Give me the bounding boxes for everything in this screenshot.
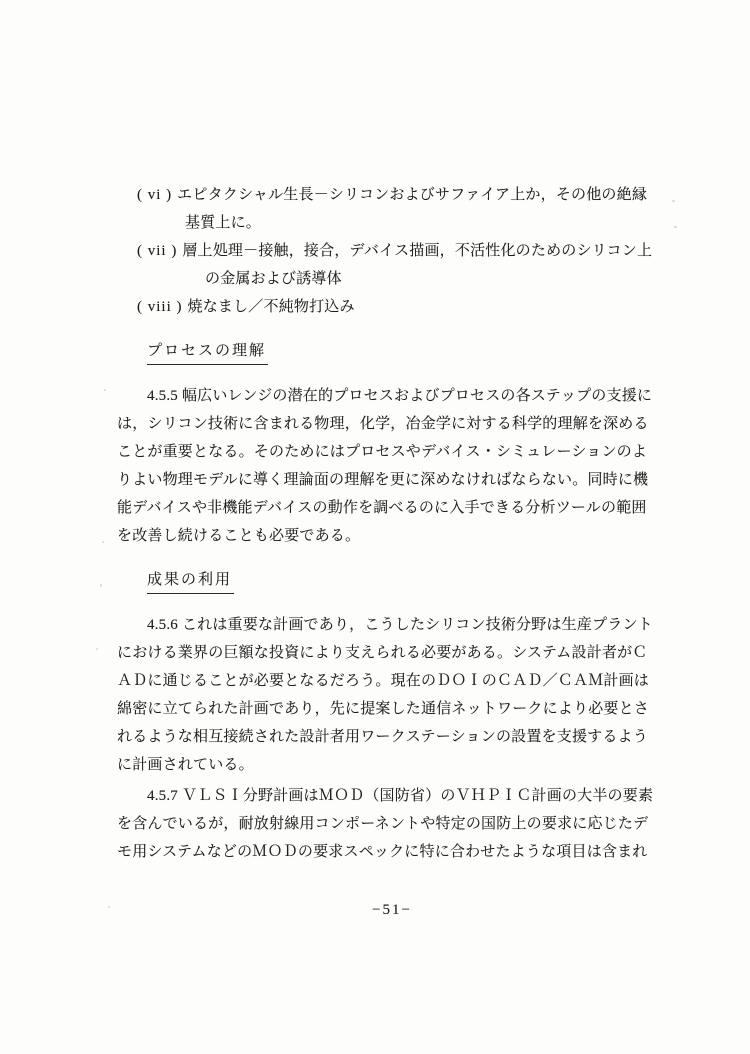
text-line: ( vii )層上処理－接触，接合，デバイス描画，不活性化のためのシリコン上 [117, 237, 677, 265]
heading-text: 成果の利用 [147, 568, 234, 594]
page-number: −51− [0, 896, 750, 924]
text-line: りよい物理モデルに導く理論面の理解を更に深めなければならない。同時に機 [117, 466, 677, 494]
list-text: エピタクシャル生長－シリコンおよびサファイア上か，その他の絶縁 [177, 187, 647, 203]
text-line: を含んでいるが，耐放射線用コンポーネントや特定の国防上の要求に応じたデ [117, 810, 677, 838]
document-page: ( vi )エピタクシャル生長－シリコンおよびサファイア上か，その他の絶縁基質上… [0, 0, 750, 1054]
scan-noise-speck [104, 389, 106, 391]
section-heading: 成果の利用 [117, 566, 677, 594]
scan-noise-speck [100, 584, 102, 587]
text-line: 綿密に立てられた計画であり，先に提案した通信ネットワークにより必要とさ [117, 695, 677, 723]
list-text: 焼なまし／不純物打込み [188, 299, 355, 315]
scan-noise-speck [96, 648, 98, 650]
text-line: は，シリコン技術に含まれる物理，化学，冶金学に対する科学的理解を深める [117, 410, 677, 438]
scan-noise-speck [108, 906, 110, 908]
text-line: ＡＤに通じることが必要となるだろう。現在のＤＯＩのＣＡＤ／ＣＡＭ計画は [117, 667, 677, 695]
text-line: 4.5.7 ＶＬＳＩ分野計画はＭＯＤ（国防省）のＶＨＰＩＣ計画の大半の要素 [117, 782, 677, 810]
list-marker: ( vi ) [137, 187, 172, 203]
text-line: れるような相互接続された設計者用ワークステーションの設置を支援するよう [117, 723, 677, 751]
text-line: 4.5.6 これは重要な計画であり，こうしたシリコン技術分野は生産プラント [117, 611, 677, 639]
text-line: ( vi )エピタクシャル生長－シリコンおよびサファイア上か，その他の絶縁 [117, 181, 677, 209]
paragraph: 4.5.6 これは重要な計画であり，こうしたシリコン技術分野は生産プラントにおけ… [117, 611, 677, 779]
text-line: ことが重要となる。そのためにはプロセスやデバイス・シミュレーションのよ [117, 438, 677, 466]
text-line: モ用システムなどのＭＯＤの要求スペックに特に合わせたような項目は含まれ [117, 838, 677, 866]
text-line: の金属および誘導体 [117, 265, 677, 293]
paragraph: 4.5.5 幅広いレンジの潜在的プロセスおよびプロセスの各ステップの支援には，シ… [117, 382, 677, 550]
scan-noise-speck [672, 200, 675, 202]
scan-noise-speck [642, 418, 644, 420]
text-line: を改善し続けることも必要である。 [117, 522, 677, 550]
list-item: ( vii )層上処理－接触，接合，デバイス描画，不活性化のためのシリコン上の金… [117, 237, 677, 293]
text-line: における業界の巨額な投資により支えられる必要がある。システム設計者がＣ [117, 639, 677, 667]
text-line: に計画されている。 [117, 751, 677, 779]
text-line: 4.5.5 幅広いレンジの潜在的プロセスおよびプロセスの各ステップの支援に [117, 382, 677, 410]
paragraph: 4.5.7 ＶＬＳＩ分野計画はＭＯＤ（国防省）のＶＨＰＩＣ計画の大半の要素を含ん… [117, 782, 677, 866]
list-item: ( vi )エピタクシャル生長－シリコンおよびサファイア上か，その他の絶縁基質上… [117, 181, 677, 237]
text-line: 基質上に。 [117, 209, 677, 237]
heading-text: プロセスの理解 [147, 339, 268, 365]
scan-noise-speck [674, 226, 677, 228]
list-text: 層上処理－接触，接合，デバイス描画，不活性化のためのシリコン上 [182, 243, 652, 259]
text-line: ( viii )焼なまし／不純物打込み [117, 293, 677, 321]
scan-noise-speck [102, 541, 104, 543]
list-marker: ( vii ) [137, 243, 177, 259]
list-item: ( viii )焼なまし／不純物打込み [117, 293, 677, 321]
section-heading: プロセスの理解 [117, 337, 677, 365]
list-marker: ( viii ) [137, 299, 183, 315]
document-content: ( vi )エピタクシャル生長－シリコンおよびサファイア上か，その他の絶縁基質上… [117, 181, 677, 866]
text-line: 能デバイスや非機能デバイスの動作を調べるのに入手できる分析ツールの範囲 [117, 494, 677, 522]
